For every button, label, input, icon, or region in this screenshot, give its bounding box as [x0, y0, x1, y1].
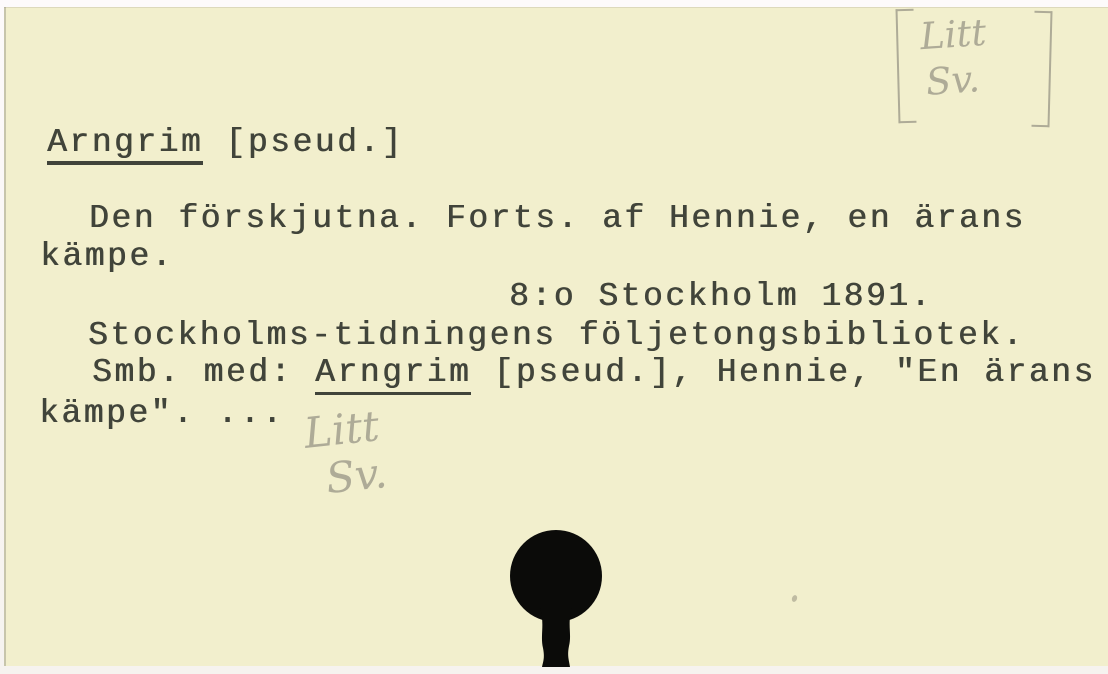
- note-line-2: kämpe". ...: [39, 395, 284, 433]
- pencil-classification-top-line1: Litt: [919, 11, 988, 59]
- ink-speck: [791, 594, 798, 602]
- pencil-classification-top-line2: Sv.: [925, 57, 981, 104]
- heading-pseud-suffix: [pseud.]: [203, 124, 404, 161]
- scanned-catalog-card-photo: Litt Sv. Arngrim [pseud.] Den förskjutna…: [0, 0, 1108, 674]
- card-heading: Arngrim [pseud.]: [47, 124, 404, 162]
- pencil-right-bracket: [1031, 11, 1052, 127]
- note-line-1: Smb. med: Arngrim [pseud.], Hennie, "En …: [92, 354, 1096, 392]
- note-author-name: Arngrim: [315, 354, 471, 395]
- imprint-line: 8:o Stockholm 1891.: [509, 278, 933, 316]
- catalog-card: Litt Sv. Arngrim [pseud.] Den förskjutna…: [4, 7, 1108, 666]
- heading-author-name: Arngrim: [47, 124, 203, 165]
- title-line-2: kämpe.: [40, 238, 174, 276]
- note-suffix: [pseud.], Hennie, "En ärans: [471, 354, 1096, 391]
- series-line: Stockholms-tidningens följetongsbibliote…: [88, 317, 1025, 355]
- note-prefix: Smb. med:: [92, 354, 315, 391]
- pencil-left-bracket: [896, 9, 917, 123]
- title-line-1: Den förskjutna. Forts. af Hennie, en ära…: [89, 200, 1026, 238]
- pencil-classification-mid-line2: Sv.: [324, 448, 390, 503]
